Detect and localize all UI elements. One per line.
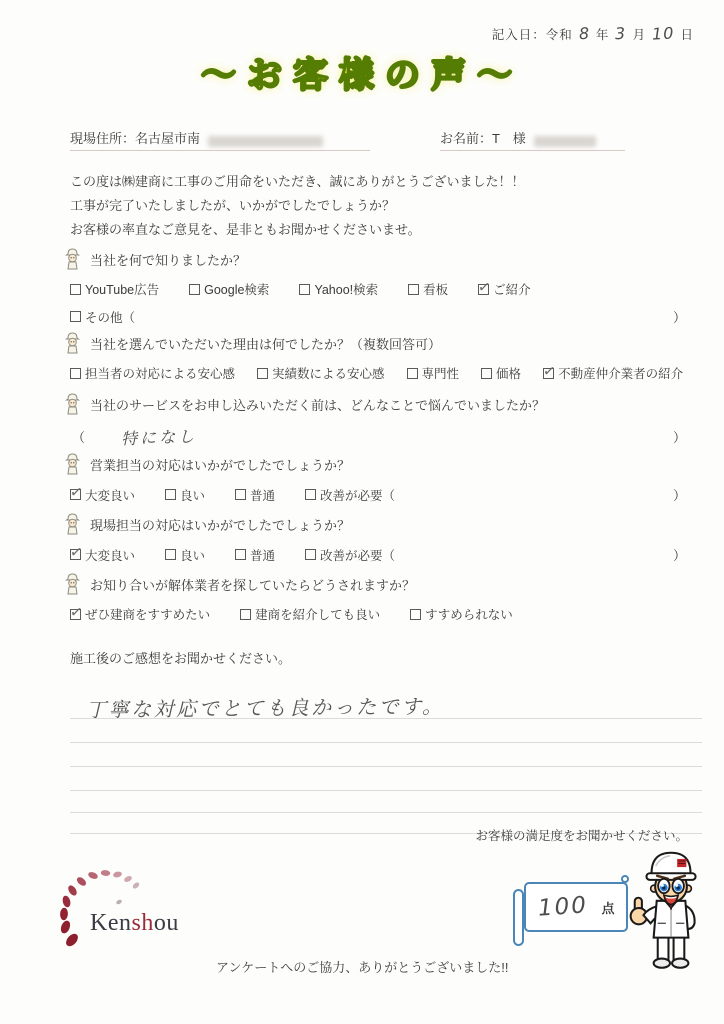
worry-answer-value[interactable]: 特になし xyxy=(121,424,198,450)
date-prefix-label: 記入日：令和 xyxy=(492,25,573,43)
close-paren: ） xyxy=(673,307,686,326)
option-average[interactable]: 普通 xyxy=(235,546,275,564)
question-6: お知り合いが解体業者を探していたらどうされますか？ ✓ぜひ建商をすすめたい 建商… xyxy=(64,572,686,623)
checkbox[interactable] xyxy=(257,368,268,379)
option-good[interactable]: 良い xyxy=(165,486,205,504)
ruled-line[interactable] xyxy=(70,766,702,767)
customer-name-field[interactable]: お名前： T 様 xyxy=(440,128,625,151)
open-paren: （ xyxy=(72,427,85,446)
close-paren: ） xyxy=(673,545,686,564)
option-label: ご紹介 xyxy=(493,280,531,298)
option-label: 改善が必要（ xyxy=(320,486,395,504)
option-label: 良い xyxy=(180,486,205,504)
question-2: 当社を選んでいただいた理由は何でしたか？（複数回答可） 担当者の対応による安心感… xyxy=(64,331,686,382)
checkbox[interactable] xyxy=(165,489,176,500)
checkbox[interactable] xyxy=(70,368,81,379)
option-agent-referral[interactable]: ✓不動産仲介業者の紹介 xyxy=(543,364,683,382)
option-recommend-strongly[interactable]: ✓ぜひ建商をすすめたい xyxy=(70,605,210,623)
option-label: Yahoo!検索 xyxy=(314,280,378,298)
checkbox[interactable] xyxy=(165,549,176,560)
question-text: 当社を選んでいただいた理由は何でしたか？（複数回答可） xyxy=(90,334,441,353)
question-5: 現場担当の対応はいかがでしたでしょうか？ ✓大変良い 良い 普通 改善が必要（ … xyxy=(64,512,686,564)
option-label: 看板 xyxy=(423,280,448,298)
page-title: ～お客様の声～ xyxy=(0,48,724,98)
thanks-message: アンケートへのご協力、ありがとうございました!! xyxy=(216,957,508,976)
option-label: 普通 xyxy=(250,546,275,564)
year-unit-label: 年 xyxy=(596,25,610,43)
address-label: 現場住所： xyxy=(70,128,135,147)
date-year-value[interactable]: 8 xyxy=(576,24,592,44)
checkbox[interactable]: ✓ xyxy=(70,609,81,620)
question-text: 当社のサービスをお申し込みいただく前は、どんなことで悩んでいましたか？ xyxy=(90,395,545,414)
option-good[interactable]: 良い xyxy=(165,546,205,564)
checkbox[interactable] xyxy=(407,368,418,379)
checkbox[interactable] xyxy=(189,284,200,295)
option-label: Google検索 xyxy=(204,280,269,298)
question-text: 営業担当の対応はいかがでしたでしょうか？ xyxy=(90,455,350,474)
date-day-value[interactable]: 10 xyxy=(650,23,677,43)
option-label: その他（ xyxy=(85,308,135,326)
option-label: ぜひ建商をすすめたい xyxy=(85,605,210,623)
checkbox[interactable] xyxy=(305,549,316,560)
check-mark: ✓ xyxy=(69,602,84,622)
option-expertise[interactable]: 専門性 xyxy=(407,364,460,382)
checkbox[interactable]: ✓ xyxy=(543,368,554,379)
checkbox[interactable] xyxy=(408,284,419,295)
mascot-mini-icon xyxy=(64,452,81,476)
option-needs-improvement[interactable]: 改善が必要（ xyxy=(305,486,395,504)
mascot-mini-icon xyxy=(64,331,81,355)
logo-text-3: ou xyxy=(154,910,179,936)
month-unit-label: 月 xyxy=(633,25,647,43)
option-staff-trust[interactable]: 担当者の対応による安心感 xyxy=(70,364,235,382)
option-label: 建商を紹介しても良い xyxy=(255,605,380,623)
mascot-mini-icon xyxy=(64,392,81,416)
mascot-mini-icon xyxy=(64,247,81,271)
question-1: 当社を何で知りましたか？ YouTube広告 Google検索 Yahoo!検索… xyxy=(64,247,686,326)
score-unit-label: 点 xyxy=(601,898,614,917)
option-label: 大変良い xyxy=(85,486,135,504)
option-may-introduce[interactable]: 建商を紹介しても良い xyxy=(240,605,380,623)
option-label: 不動産仲介業者の紹介 xyxy=(558,364,683,382)
option-label: すすめられない xyxy=(425,605,513,623)
survey-sheet: 記入日：令和 8 年 3 月 10 日 ～お客様の声～ 現場住所： 名古屋市南 … xyxy=(0,0,724,1024)
option-yahoo-search[interactable]: Yahoo!検索 xyxy=(299,280,378,298)
option-signboard[interactable]: 看板 xyxy=(408,280,448,298)
checkbox[interactable] xyxy=(70,284,81,295)
address-redaction xyxy=(208,136,323,147)
option-track-record[interactable]: 実績数による安心感 xyxy=(257,364,385,382)
check-mark: ✓ xyxy=(477,277,492,297)
satisfaction-score-value[interactable]: 100 xyxy=(537,892,589,921)
option-price[interactable]: 価格 xyxy=(481,364,521,382)
option-label: 専門性 xyxy=(422,364,460,382)
kenshou-logo: Kenshou xyxy=(56,864,236,960)
logo-text-2: sh xyxy=(131,910,153,936)
option-label: 価格 xyxy=(496,364,521,382)
option-label: 普通 xyxy=(250,486,275,504)
checkbox[interactable] xyxy=(410,609,421,620)
option-google-search[interactable]: Google検索 xyxy=(189,280,269,298)
question-text: 現場担当の対応はいかがでしたでしょうか？ xyxy=(90,515,350,534)
question-4: 営業担当の対応はいかがでしたでしょうか？ ✓大変良い 良い 普通 改善が必要（ … xyxy=(64,452,686,504)
site-address-field[interactable]: 現場住所： 名古屋市南 xyxy=(70,128,370,151)
check-mark: ✓ xyxy=(542,361,557,381)
option-other[interactable]: その他（ xyxy=(70,308,135,326)
option-label: 実績数による安心感 xyxy=(272,364,385,382)
feedback-prompt: 施工後のご感想をお聞かせください。 xyxy=(70,648,291,667)
option-excellent[interactable]: ✓大変良い xyxy=(70,546,135,564)
name-value: T 様 xyxy=(492,128,526,147)
logo-text-1: Ken xyxy=(90,910,131,936)
check-mark: ✓ xyxy=(69,482,84,502)
checkbox[interactable] xyxy=(235,549,246,560)
intro-paragraph: この度は㈱建商に工事のご用命をいただき、誠にありがとうございました！！ 工事が完… xyxy=(70,170,664,242)
ruled-line[interactable] xyxy=(70,790,702,791)
option-excellent[interactable]: ✓大変良い xyxy=(70,486,135,504)
mascot-character-icon xyxy=(624,843,716,975)
intro-line-3: お客様の率直なご意見を、是非ともお聞かせくださいませ。 xyxy=(70,218,664,242)
logo-wordmark: Kenshou xyxy=(90,910,179,937)
option-referral[interactable]: ✓ご紹介 xyxy=(478,280,531,298)
option-needs-improvement[interactable]: 改善が必要（ xyxy=(305,546,395,564)
close-paren: ） xyxy=(673,485,686,504)
intro-line-2: 工事が完了いたしましたが、いかがでしたでしょうか？ xyxy=(70,194,664,218)
question-text: 当社を何で知りましたか？ xyxy=(90,250,246,269)
mascot-mini-icon xyxy=(64,572,81,596)
option-label: YouTube広告 xyxy=(85,280,159,298)
mascot-mini-icon xyxy=(64,512,81,536)
fill-date: 記入日：令和 8 年 3 月 10 日 xyxy=(492,24,694,43)
checkbox[interactable] xyxy=(235,489,246,500)
checkbox[interactable] xyxy=(299,284,310,295)
checkbox[interactable] xyxy=(481,368,492,379)
checkbox[interactable] xyxy=(70,311,81,322)
ruled-line[interactable] xyxy=(70,718,702,719)
option-cannot-recommend[interactable]: すすめられない xyxy=(410,605,513,623)
checkbox[interactable]: ✓ xyxy=(478,284,489,295)
checkbox[interactable]: ✓ xyxy=(70,549,81,560)
date-month-value[interactable]: 3 xyxy=(613,24,629,44)
question-3: 当社のサービスをお申し込みいただく前は、どんなことで悩んでいましたか？ （ 特に… xyxy=(64,392,686,448)
checkbox[interactable] xyxy=(240,609,251,620)
satisfaction-prompt: お客様の満足度をお聞かせください。 xyxy=(475,826,688,844)
checkbox[interactable]: ✓ xyxy=(70,489,81,500)
ruled-line[interactable] xyxy=(70,812,702,813)
intro-line-1: この度は㈱建商に工事のご用命をいただき、誠にありがとうございました！！ xyxy=(70,170,664,194)
banner-roll-decoration xyxy=(513,889,524,946)
option-average[interactable]: 普通 xyxy=(235,486,275,504)
option-label: 改善が必要（ xyxy=(320,546,395,564)
address-value: 名古屋市南 xyxy=(135,128,200,147)
name-redaction xyxy=(534,136,596,147)
option-label: 大変良い xyxy=(85,546,135,564)
name-label: お名前： xyxy=(440,128,492,147)
option-youtube-ad[interactable]: YouTube広告 xyxy=(70,280,159,298)
option-label: 担当者の対応による安心感 xyxy=(85,364,235,382)
option-label: 良い xyxy=(180,546,205,564)
close-paren: ） xyxy=(673,427,686,446)
checkbox[interactable] xyxy=(305,489,316,500)
ruled-line[interactable] xyxy=(70,742,702,743)
score-banner[interactable]: 100 点 xyxy=(524,882,628,932)
question-text: お知り合いが解体業者を探していたらどうされますか？ xyxy=(90,575,415,594)
day-unit-label: 日 xyxy=(680,25,694,43)
check-mark: ✓ xyxy=(69,542,84,562)
customer-info-row: 現場住所： 名古屋市南 お名前： T 様 xyxy=(70,128,686,151)
